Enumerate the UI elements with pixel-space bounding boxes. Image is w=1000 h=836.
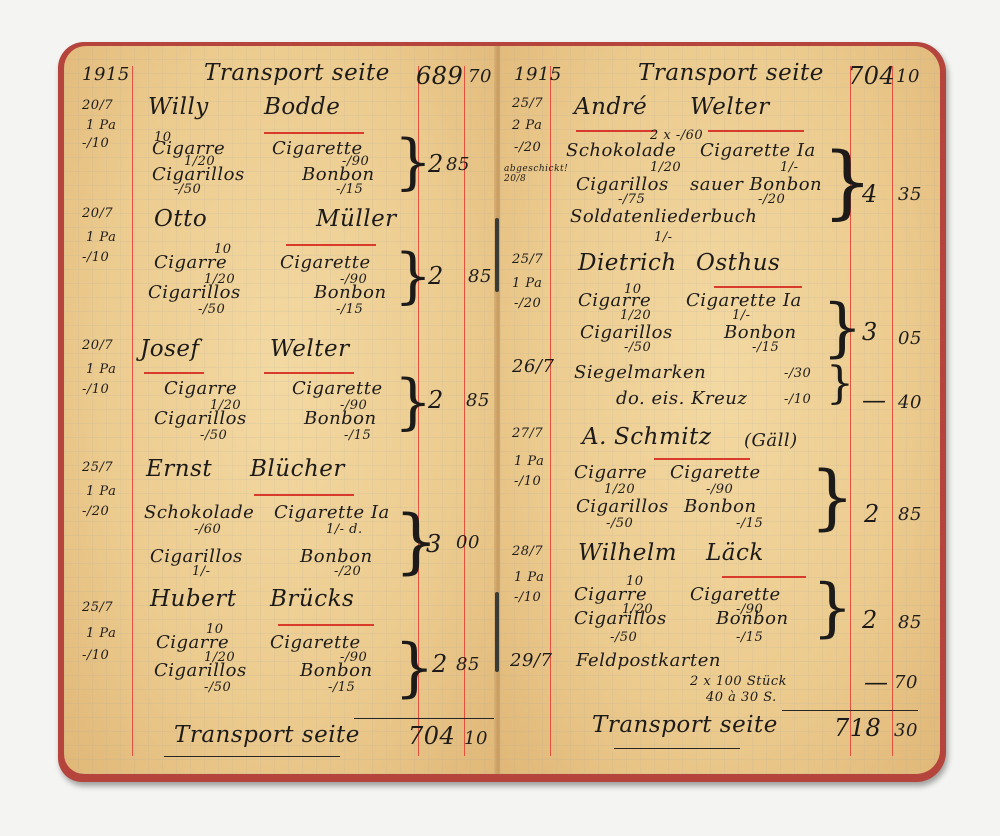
margin-amount: -/20: [514, 140, 541, 155]
item-label: Cigarre: [574, 462, 647, 483]
staple-bottom: [495, 592, 499, 672]
item-label: Feldpostkarten: [576, 650, 721, 671]
entry-date: 29/7: [510, 650, 552, 671]
footer-label: Transport seite: [592, 712, 778, 738]
margin-note: 1 Pa: [514, 570, 544, 585]
item-price: -/50: [198, 302, 225, 317]
entry-name-suffix: (Gäll): [744, 430, 798, 451]
margin-amount: -/10: [82, 250, 109, 265]
entry-name-first: Josef: [140, 336, 200, 362]
entry-total-main: 2: [432, 650, 448, 678]
item-price: -/50: [606, 516, 633, 531]
entry-total-cents: 70: [894, 672, 918, 693]
item-label: Schokolade: [566, 140, 676, 161]
item-price: -/15: [336, 302, 363, 317]
margin-note: 1 Pa: [86, 362, 116, 377]
margin-amount: -/10: [82, 382, 109, 397]
entry-name-first: A.: [582, 424, 607, 450]
brace: }: [394, 246, 432, 306]
item-label: Bonbon: [314, 282, 387, 303]
footer-total-main: 704: [408, 722, 455, 750]
item-label: Cigarillos: [148, 282, 241, 303]
item-label: Cigarillos: [574, 608, 667, 629]
header-total-main: 689: [416, 62, 463, 90]
entry-total-main: 3: [862, 318, 878, 346]
item-label: 2 x 100 Stück: [690, 674, 787, 689]
item-price: -/50: [174, 182, 201, 197]
header-label: Transport seite: [204, 60, 390, 86]
margin-amount: -/20: [82, 504, 109, 519]
entry-total-main: 2: [428, 150, 444, 178]
item-price: 1/- d.: [326, 522, 363, 537]
entry-name-last: Bodde: [264, 94, 340, 120]
header-label: Transport seite: [638, 60, 824, 86]
entry-total-cents: 85: [456, 654, 480, 675]
footer-label: Transport seite: [174, 722, 360, 748]
entry-date: 26/7: [512, 356, 554, 377]
item-price: -/50: [200, 428, 227, 443]
entry-name-last: Läck: [706, 540, 764, 566]
item-label: sauer Bonbon: [690, 174, 822, 195]
entry-name-last: Welter: [270, 336, 350, 362]
entry-name-last: Brücks: [270, 586, 354, 612]
item-price: -/15: [752, 340, 779, 355]
item-price: -/50: [610, 630, 637, 645]
entry-total-main: 2: [862, 606, 878, 634]
item-price: -/75: [618, 192, 645, 207]
entry-date: 20/7: [82, 98, 113, 113]
item-price: -/60: [194, 522, 221, 537]
entry-date: 27/7: [512, 426, 543, 441]
entry-name-last: Schmitz: [614, 424, 711, 450]
entry-date: 25/7: [512, 252, 543, 267]
margin-note: 1 Pa: [86, 626, 116, 641]
entry-total-main: —: [862, 386, 887, 414]
entry-date: 25/7: [512, 96, 543, 111]
year: 1915: [82, 64, 130, 85]
margin-amount: -/10: [514, 590, 541, 605]
brace: }: [394, 372, 432, 432]
entry-total-cents: 85: [468, 266, 492, 287]
entry-total-cents: 85: [466, 390, 490, 411]
item-label: Cigarre: [164, 378, 237, 399]
entry-total-cents: 40: [898, 392, 922, 413]
item-price: 1/-: [654, 230, 673, 245]
item-label: Cigarette: [292, 378, 383, 399]
entry-name-first: Wilhelm: [578, 540, 677, 566]
item-price: -/15: [344, 428, 371, 443]
entry-name-last: Müller: [316, 206, 397, 232]
entry-name-first: Dietrich: [578, 250, 677, 276]
header-total-main: 704: [848, 62, 895, 90]
dispatch-note: abgeschickt! 20/8: [504, 164, 550, 184]
header-total-cents: 70: [468, 66, 492, 87]
item-label: Bonbon: [300, 660, 373, 681]
entry-date: 25/7: [82, 600, 113, 615]
item-price: 1/20: [620, 308, 651, 323]
notebook: 1915 Transport seite 689 70 20/7 1 Pa -/…: [58, 42, 946, 782]
entry-name-last: Osthus: [696, 250, 780, 276]
item-label: Soldatenliederbuch: [570, 206, 757, 227]
entry-name-last: Blücher: [250, 456, 345, 482]
cents-column-rule: [892, 66, 893, 756]
entry-name-first: Otto: [154, 206, 207, 232]
item-price: -/30: [784, 366, 811, 381]
item-price: -/20: [758, 192, 785, 207]
item-label: Schokolade: [144, 502, 254, 523]
entry-total-cents: 00: [456, 532, 480, 553]
brace: }: [812, 576, 853, 640]
item-price: -/15: [736, 630, 763, 645]
item-label: Cigarillos: [154, 408, 247, 429]
item-label: Bonbon: [716, 608, 789, 629]
brace: }: [826, 362, 854, 406]
entry-name-first: Hubert: [150, 586, 236, 612]
entry-name-last: Welter: [690, 94, 770, 120]
item-price: 1/20: [650, 160, 681, 175]
item-label: Cigarette Ia: [274, 502, 390, 523]
margin-amount: -/10: [514, 474, 541, 489]
item-label: Cigarette: [670, 462, 761, 483]
entry-total-main: 3: [426, 530, 442, 558]
footer-total-cents: 10: [464, 728, 488, 749]
margin-note: 1 Pa: [86, 230, 116, 245]
margin-amount: -/20: [514, 296, 541, 311]
item-price: -/15: [336, 182, 363, 197]
item-label: Cigarre: [154, 252, 227, 273]
item-price: -/50: [624, 340, 651, 355]
brace: }: [822, 296, 863, 360]
staple-top: [495, 218, 499, 292]
item-label: Cigarillos: [154, 660, 247, 681]
entry-name-first: Willy: [148, 94, 209, 120]
footer-total-cents: 30: [894, 720, 918, 741]
item-label: Cigarillos: [576, 496, 669, 517]
entry-total-main: 2: [428, 386, 444, 414]
right-page: 1915 Transport seite 704 10 25/7 2 Pa -/…: [500, 46, 940, 774]
item-price: -/15: [736, 516, 763, 531]
item-price: 1/-: [192, 564, 211, 579]
year: 1915: [514, 64, 562, 85]
item-price: -/10: [784, 392, 811, 407]
item-price: 1/-: [780, 160, 799, 175]
entry-date: 25/7: [82, 460, 113, 475]
margin-note: 2 Pa: [512, 118, 542, 133]
brace: }: [394, 636, 435, 700]
header-total-cents: 10: [896, 66, 920, 87]
item-label: Cigarette: [280, 252, 371, 273]
item-price: 1/-: [732, 308, 751, 323]
entry-total-main: 2: [864, 500, 880, 528]
item-label: Bonbon: [684, 496, 757, 517]
entry-date: 28/7: [512, 544, 543, 559]
left-page: 1915 Transport seite 689 70 20/7 1 Pa -/…: [64, 46, 498, 774]
item-price: -/90: [706, 482, 733, 497]
margin-amount: -/10: [82, 648, 109, 663]
item-label: Bonbon: [304, 408, 377, 429]
entry-date: 20/7: [82, 206, 113, 221]
item-price: 1/20: [604, 482, 635, 497]
entry-total-main: —: [864, 668, 889, 696]
entry-total-cents: 85: [898, 612, 922, 633]
item-price: -/15: [328, 680, 355, 695]
entry-name-first: Ernst: [146, 456, 212, 482]
entry-total-cents: 85: [898, 504, 922, 525]
item-price: -/50: [204, 680, 231, 695]
entry-total-cents: 35: [898, 184, 922, 205]
item-label: do. eis. Kreuz: [616, 388, 747, 409]
item-price: -/20: [334, 564, 361, 579]
entry-date: 20/7: [82, 338, 113, 353]
margin-note: 1 Pa: [514, 454, 544, 469]
brace: }: [810, 462, 855, 532]
entry-name-first: André: [574, 94, 647, 120]
item-label: 40 à 30 S.: [706, 690, 777, 705]
footer-total-main: 718: [834, 714, 881, 742]
item-label: Cigarette Ia: [700, 140, 816, 161]
entry-total-cents: 05: [898, 328, 922, 349]
entry-total-main: 2: [428, 262, 444, 290]
margin-note: 1 Pa: [86, 484, 116, 499]
entry-total-cents: 85: [446, 154, 470, 175]
entry-total-main: 4: [862, 180, 878, 208]
margin-note: 1 Pa: [512, 276, 542, 291]
brace: }: [394, 132, 432, 192]
item-label: Siegelmarken: [574, 362, 706, 383]
date-margin-rule: [132, 66, 133, 756]
margin-note: 1 Pa: [86, 118, 116, 133]
margin-amount: -/10: [82, 136, 109, 151]
